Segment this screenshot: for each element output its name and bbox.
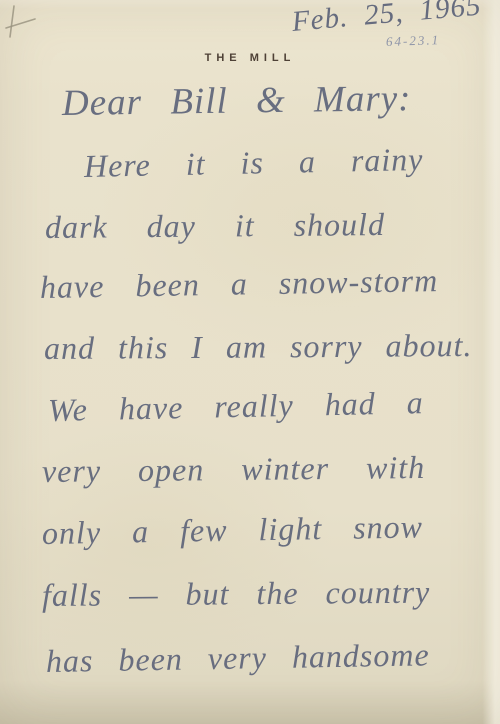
handwritten-line: We have really had a [48, 384, 424, 429]
handwritten-line: Dear Bill & Mary: [62, 77, 412, 125]
handwritten-line: and this I am sorry about. [44, 327, 473, 367]
letterhead: THE MILL [0, 52, 500, 64]
letter-scan: Feb. 25, 1965 64-23.1 THE MILL Dear Bill… [0, 0, 500, 724]
handwritten-line: has been very handsome [46, 636, 430, 680]
handwritten-line: have been a snow-storm [40, 262, 439, 306]
catalog-number: 64-23.1 [386, 32, 441, 50]
pencil-cross-mark [5, 4, 39, 42]
handwritten-line: dark day it should [45, 206, 385, 246]
handwritten-line: very open winter with [42, 449, 426, 490]
handwritten-line: only a few light snow [42, 508, 424, 552]
handwritten-line: falls — but the country [42, 574, 431, 614]
handwritten-line: Here it is a rainy [84, 141, 424, 185]
